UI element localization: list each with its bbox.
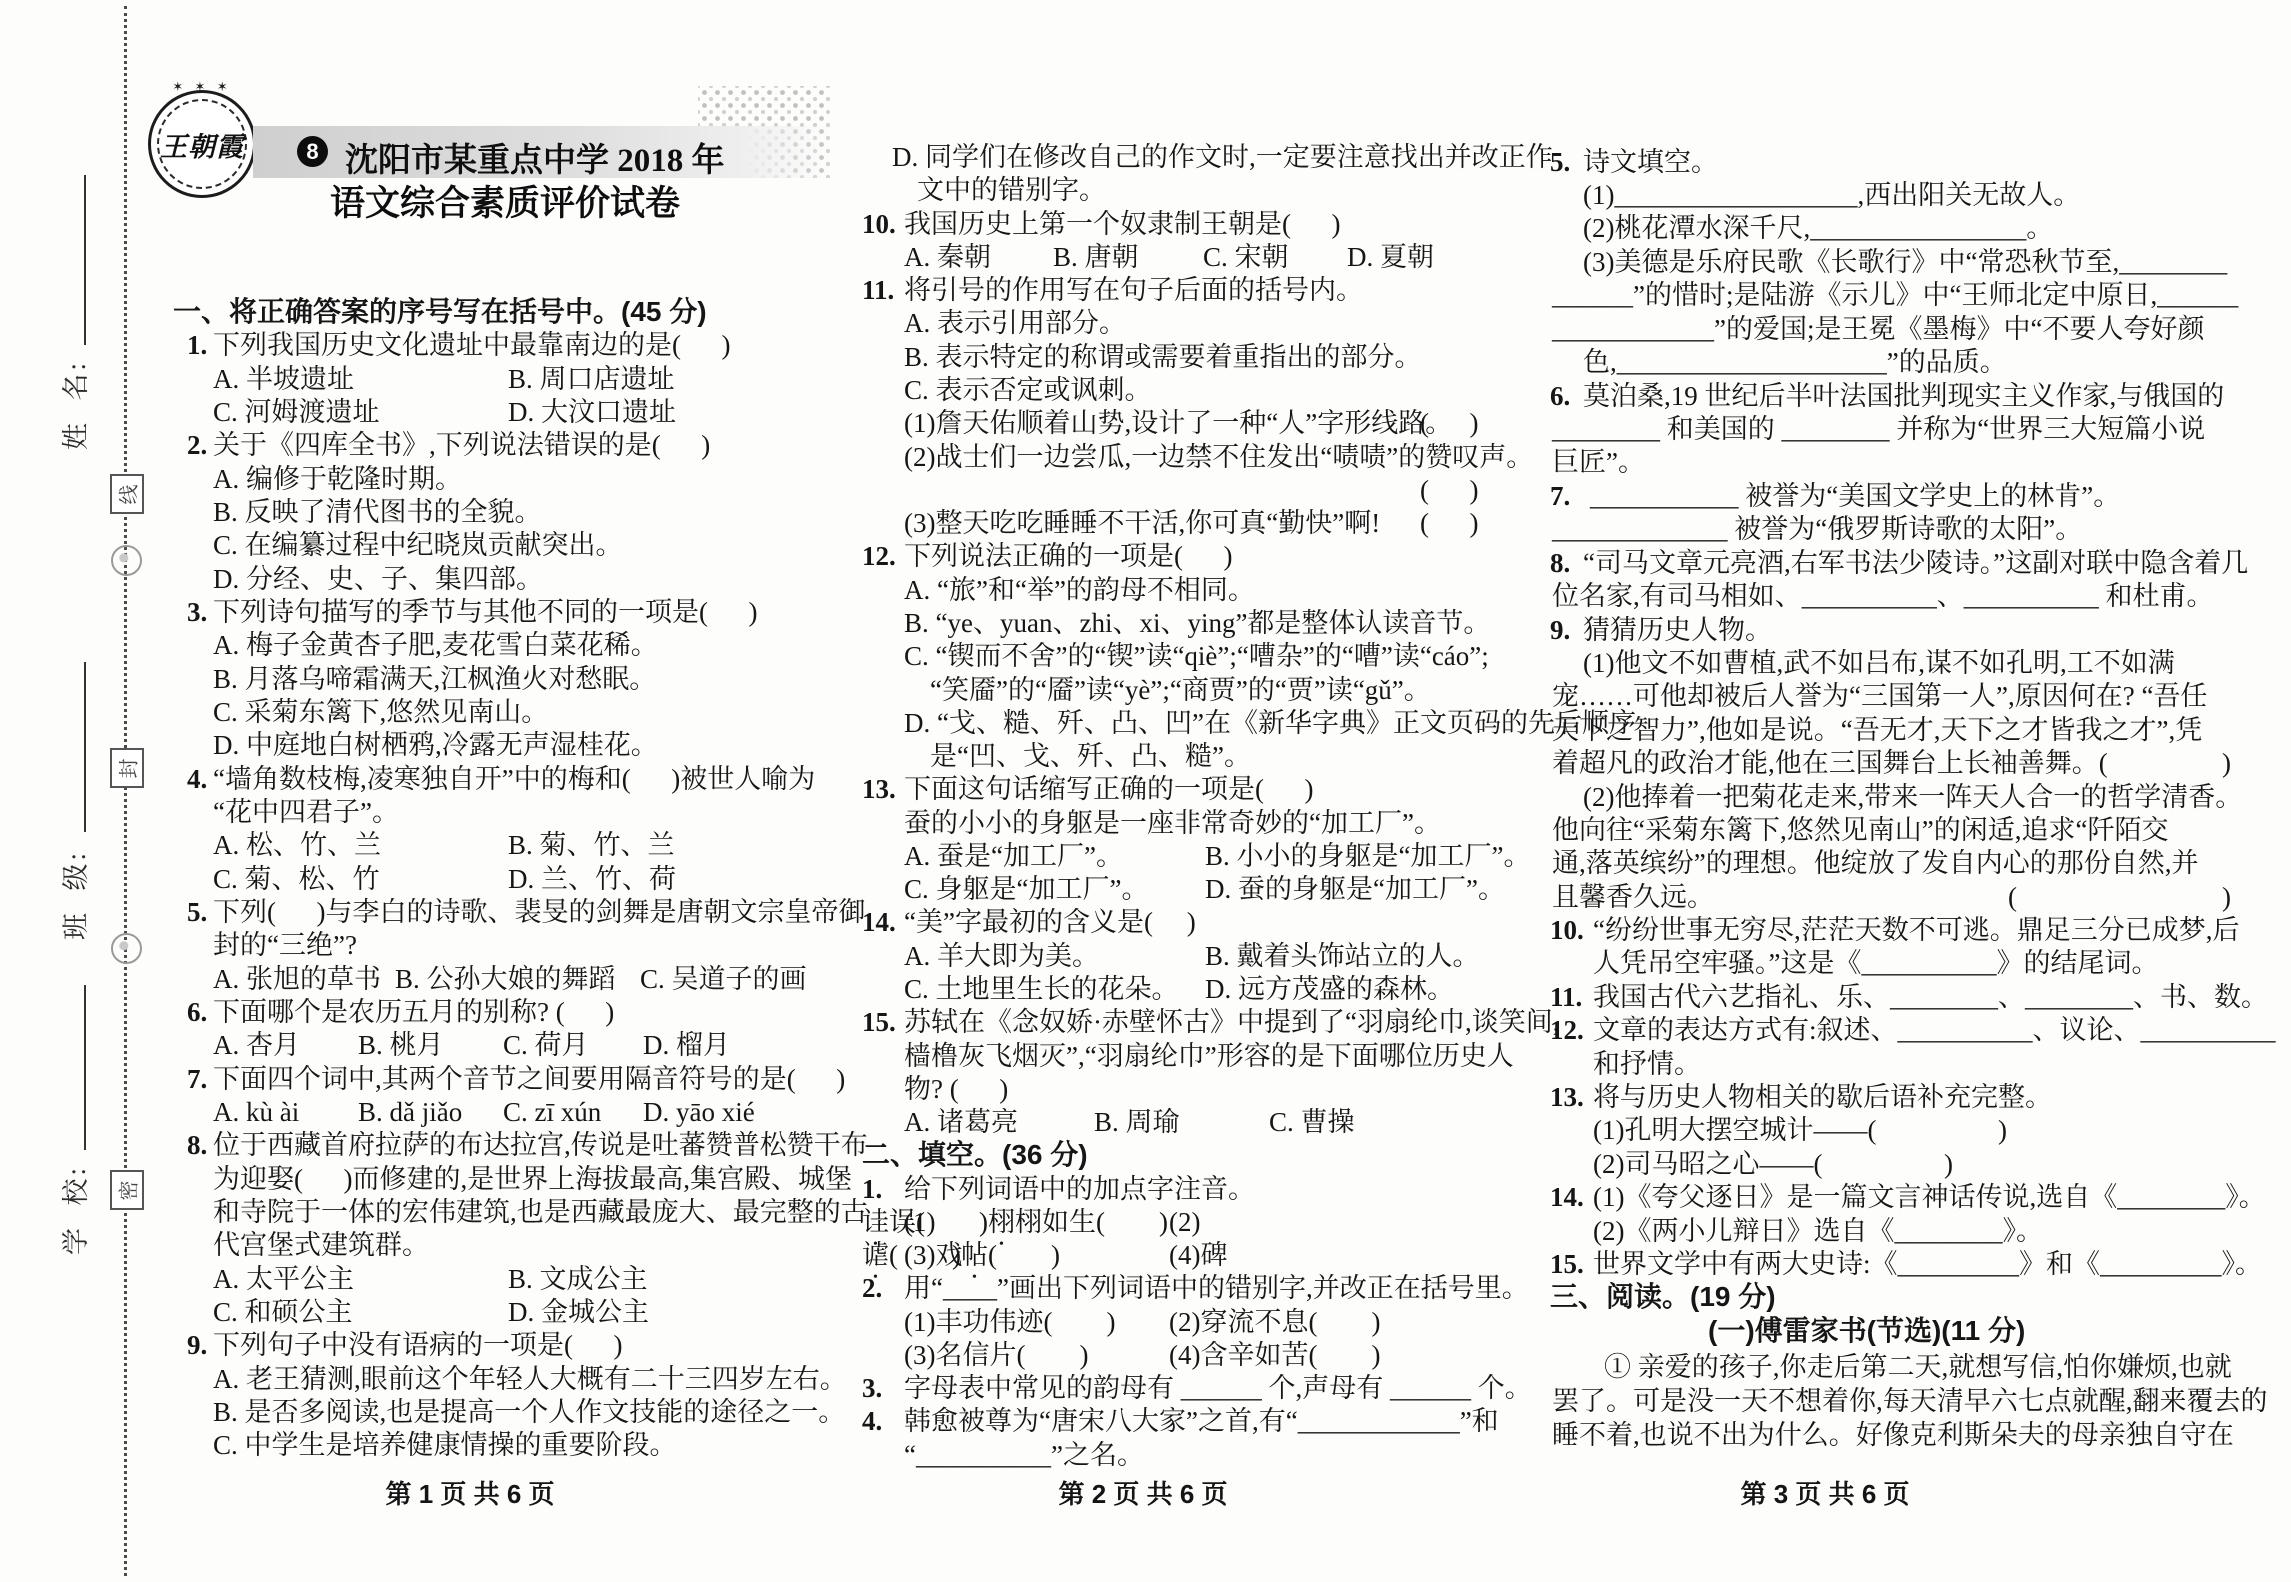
text-line: A. “旅”和“举”的韵母不相同。: [862, 573, 1517, 607]
text-line: ① 亲爱的孩子,你走后第二天,就想写信,怕你嫌烦,也就: [1550, 1350, 2240, 1384]
text-line: “__________”之名。: [862, 1438, 1517, 1472]
text-line: 着超凡的政治才能,他在三国舞台上长袖善舞。(): [1550, 746, 2240, 780]
text-line: A. 羊大即为美。B. 戴着头饰站立的人。: [862, 939, 1517, 973]
text-line: 7.___________ 被誉为“美国文学史上的林肯”。: [1550, 479, 2240, 513]
text-line: 3.下列诗句描写的季节与其他不同的一项是( ): [173, 595, 838, 629]
text-line: 9.下列句子中没有语病的一项是( ): [173, 1328, 838, 1362]
text-line: 他向往“采菊东篱下,悠然见南山”的闲适,追求“阡陌交: [1550, 813, 2240, 847]
text-line: A. 诸葛亮B. 周瑜C. 曹操: [862, 1105, 1517, 1139]
text-line: 色,____________________”的品质。: [1550, 345, 2240, 379]
text-line: (一)傅雷家书(节选)(11 分): [1550, 1314, 2240, 1348]
text-line: 1.给下列词语中的加点字注音。: [862, 1172, 1517, 1206]
text-line: B. 表示特定的称谓或需要着重指出的部分。: [862, 340, 1517, 374]
text-line: 位名家,有司马相如、__________、__________ 和杜甫。: [1550, 579, 2240, 613]
text-line: D. “戈、糙、歼、凸、凹”在《新华字典》正文页码的先后顺序: [862, 706, 1517, 740]
column-3: 5.诗文填空。(1)__________________,西出阳关无故人。(2)…: [1550, 0, 2240, 1582]
text-line: 且馨香久远。(): [1550, 880, 2240, 914]
text-line: (3)美德是乐府民歌《长歌行》中“常恐秋节至,________: [1550, 245, 2240, 279]
text-line: ________ 和美国的 ________ 并称为“世界三大短篇小说: [1550, 412, 2240, 446]
text-line: (3)名信片( )(4)含辛如苦( ): [862, 1338, 1517, 1372]
text-line: 二、填空。(36 分): [862, 1138, 1517, 1172]
column-2: D. 同学们在修改自己的作文时,一定要注意找出并改正作文中的错别字。10.我国历…: [862, 0, 1517, 1582]
text-line: A. 松、竹、兰B. 菊、竹、兰: [173, 828, 838, 862]
text-line: 7.下面四个词中,其两个音节之间要用隔音符号的是( ): [173, 1062, 838, 1096]
seal-char-mi: 密: [110, 1170, 144, 1210]
text-line: 为迎娶( )而修建的,是世界上海拔最高,集宫殿、城堡: [173, 1162, 838, 1196]
text-line: C. 中学生是培养健康情操的重要阶段。: [173, 1428, 838, 1462]
text-line: B. 月落乌啼霜满天,江枫渔火对愁眠。: [173, 662, 838, 696]
text-line: A. 表示引用部分。: [862, 306, 1517, 340]
text-line: C. 在编纂过程中纪晓岚贡献突出。: [173, 528, 838, 562]
text-line: A. 秦朝B. 唐朝C. 宋朝D. 夏朝: [862, 240, 1517, 274]
text-line: 13.下面这句话缩写正确的一项是( ): [862, 772, 1517, 806]
text-line: C. 菊、松、竹D. 兰、竹、荷: [173, 862, 838, 896]
text-line: C. 采菊东篱下,悠然见南山。: [173, 695, 838, 729]
text-line: 6.莫泊桑,19 世纪后半叶法国批判现实主义作家,与俄国的: [1550, 379, 2240, 413]
text-line: C. 和硕公主D. 金城公主: [173, 1295, 838, 1329]
text-line: 11.将引号的作用写在句子后面的括号内。: [862, 273, 1517, 307]
text-line: 文中的错别字。: [862, 173, 1517, 207]
text-line: “花中四君子”。: [173, 795, 838, 829]
text-line: 15.苏轼在《念奴娇·赤壁怀古》中提到了“羽扇纶巾,谈笑间,: [862, 1005, 1517, 1039]
page-footer-3: 第 3 页 共 6 页: [1740, 1474, 1909, 1511]
text-line: (3)戏谑( )(4)碑帖( ): [862, 1238, 1517, 1272]
text-line: D. 同学们在修改自己的作文时,一定要注意找出并改正作: [862, 140, 1517, 174]
text-line: (1)丰功伟迹( )(2)穿流不息( ): [862, 1305, 1517, 1339]
text-line: 天下之智力”,他如是说。“吾无才,天下之才皆我之才”,凭: [1550, 713, 2240, 747]
text-line: C. 身躯是“加工厂”。D. 蚕的身躯是“加工厂”。: [862, 872, 1517, 906]
text-line: 罢了。可是没一天不想着你,每天清早六七点就醒,翻来覆去的: [1550, 1384, 2240, 1418]
text-line: (3)整天吃吃睡睡不干活,你可真“勤快”啊!( ): [862, 506, 1517, 540]
school-label: 学 校:: [54, 1165, 93, 1255]
text-line: (1)诖误( )(2)栩栩如生( ): [862, 1205, 1517, 1239]
text-line: 13.将与历史人物相关的歇后语补充完整。: [1550, 1080, 2240, 1114]
text-line: (1)孔明大摆空城计——( ): [1550, 1113, 2240, 1147]
seal-char-feng: 封: [110, 748, 144, 788]
text-line: 睡不着,也说不出为什么。好像克利斯朵夫的母亲独自守在: [1550, 1418, 2240, 1452]
text-line: D. 分经、史、子、集四部。: [173, 562, 838, 596]
text-line: C. “锲而不舍”的“锲”读“qiè”;“嘈杂”的“嘈”读“cáo”;: [862, 639, 1517, 673]
text-line: A. kù àiB. dǎ jiǎoC. zī xúnD. yāo xié: [173, 1095, 838, 1129]
text-line: (1)他文不如曹植,武不如吕布,谋不如孔明,工不如满: [1550, 646, 2240, 680]
text-line: 2.关于《四库全书》,下列说法错误的是( ): [173, 428, 838, 462]
text-line: 是“凹、戈、歼、凸、糙”。: [862, 739, 1517, 773]
class-blank-line: [84, 662, 86, 832]
class-label: 班 级:: [54, 850, 93, 940]
text-line: 1.下列我国历史文化遗址中最靠南边的是( ): [173, 328, 838, 362]
text-line: A. 半坡遗址B. 周口店遗址: [173, 362, 838, 396]
page-footer-2: 第 2 页 共 6 页: [1058, 1474, 1227, 1511]
text-line: (1)__________________,西出阳关无故人。: [1550, 178, 2240, 212]
text-line: B. 是否多阅读,也是提高一个人作文技能的途径之一。: [173, 1395, 838, 1429]
text-line: D. 中庭地白树栖鸦,冷露无声湿桂花。: [173, 728, 838, 762]
text-line: 人凭吊空牢骚。”这是《__________》的结尾词。: [1550, 946, 2240, 980]
text-line: A. 老王猜测,眼前这个年轻人大概有二十三四岁左右。: [173, 1362, 838, 1396]
text-line: 3.字母表中常见的韵母有 ______ 个,声母有 ______ 个。: [862, 1371, 1517, 1405]
text-line: 8.“司马文章元亮酒,右军书法少陵诗。”这副对联中隐含着几: [1550, 546, 2240, 580]
text-line: 12.下列说法正确的一项是( ): [862, 539, 1517, 573]
seal-dashed-line: [124, 6, 127, 1576]
text-line: C. 河姆渡遗址D. 大汶口遗址: [173, 395, 838, 429]
text-line: A. 蚕是“加工厂”。B. 小小的身躯是“加工厂”。: [862, 839, 1517, 873]
text-line: 三、阅读。(19 分): [1550, 1280, 2240, 1314]
school-blank-line: [84, 985, 86, 1150]
seal-char-xian: 线: [110, 474, 144, 514]
text-line: 8.位于西藏首府拉萨的布达拉宫,传说是吐蕃赞普松赞干布: [173, 1128, 838, 1162]
text-line: 6.下面哪个是农历五月的别称? ( ): [173, 995, 838, 1029]
text-line: 宠……可他却被后人誉为“三国第一人”,原因何在? “吾任: [1550, 679, 2240, 713]
text-line: A. 梅子金黄杏子肥,麦花雪白菜花稀。: [173, 628, 838, 662]
text-line: 樯橹灰飞烟灭”,“羽扇纶巾”形容的是下面哪位历史人: [862, 1039, 1517, 1073]
text-line: 14.“美”字最初的含义是( ): [862, 905, 1517, 939]
text-line: 4.韩愈被尊为“唐宋八大家”之首,有“____________”和: [862, 1404, 1517, 1438]
text-line: 物? ( ): [862, 1072, 1517, 1106]
text-line: A. 太平公主B. 文成公主: [173, 1262, 838, 1296]
text-line: 封的“三绝”?: [173, 928, 838, 962]
page-footer-1: 第 1 页 共 6 页: [385, 1474, 554, 1511]
text-line: (2)战士们一边尝瓜,一边禁不住发出“啧啧”的赞叹声。: [862, 440, 1517, 474]
text-line: A. 杏月B. 桃月C. 荷月D. 榴月: [173, 1028, 838, 1062]
text-line: 通,落英缤纷”的理想。他绽放了发自内心的那份自然,并: [1550, 846, 2240, 880]
text-line: 14.(1)《夸父逐日》是一篇文言神话传说,选自《________》。: [1550, 1180, 2240, 1214]
text-line: ( ): [862, 473, 1517, 507]
column-1: 一、将正确答案的序号写在括号中。(45 分)1.下列我国历史文化遗址中最靠南边的…: [173, 0, 838, 1582]
text-line: (2)他捧着一把菊花走来,带来一阵天人合一的哲学清香。: [1550, 780, 2240, 814]
text-line: 9.猜猜历史人物。: [1550, 613, 2240, 647]
name-blank-line: [84, 175, 86, 345]
text-line: ______”的惜时;是陆游《示儿》中“王师北定中原日,______: [1550, 278, 2240, 312]
text-line: 和寺院于一体的宏伟建筑,也是西藏最庞大、最完整的古: [173, 1195, 838, 1229]
exam-page: 姓 名: 班 级: 学 校: 线 封 密 ✶ ✶ ✶ 王朝霞 8 沈阳市某重点中…: [0, 0, 2291, 1582]
text-line: 巨匠”。: [1550, 445, 2240, 479]
text-line: C. 表示否定或讽刺。: [862, 373, 1517, 407]
text-line: 和抒情。: [1550, 1047, 2240, 1081]
text-line: 12.文章的表达方式有:叙述、__________、议论、__________: [1550, 1013, 2240, 1047]
text-line: 5.下列( )与李白的诗歌、裴旻的剑舞是唐朝文宗皇帝御: [173, 895, 838, 929]
text-line: 代宫堡式建筑群。: [173, 1228, 838, 1262]
name-label: 姓 名:: [54, 360, 93, 450]
text-line: 蚕的小小的身躯是一座非常奇妙的“加工厂”。: [862, 806, 1517, 840]
text-line: (2)司马昭之心——( ): [1550, 1147, 2240, 1181]
text-line: 2.用“____”画出下列词语中的错别字,并改正在括号里。: [862, 1271, 1517, 1305]
text-line: _____________ 被誉为“俄罗斯诗歌的太阳”。: [1550, 512, 2240, 546]
margin-ornament-icon: [111, 933, 142, 964]
text-line: A. 张旭的草书B. 公孙大娘的舞蹈C. 吴道子的画: [173, 962, 838, 996]
text-line: 10.“纷纷世事无穷尽,茫茫天数不可逃。鼎足三分已成梦,后: [1550, 913, 2240, 947]
text-line: A. 编修于乾隆时期。: [173, 462, 838, 496]
margin-ornament-icon: [111, 545, 142, 576]
text-line: (1)詹天佑顺着山势,设计了一种“人”字形线路。( ): [862, 406, 1517, 440]
text-line: 10.我国历史上第一个奴隶制王朝是( ): [862, 207, 1517, 241]
text-line: 15.世界文学中有两大史诗:《_________》和《_________》。: [1550, 1247, 2240, 1281]
text-line: 5.诗文填空。: [1550, 145, 2240, 179]
text-line: C. 土地里生长的花朵。D. 远方茂盛的森林。: [862, 972, 1517, 1006]
text-line: 一、将正确答案的序号写在括号中。(45 分): [173, 295, 838, 329]
text-line: (2)《两小儿辩日》选自《________》。: [1550, 1214, 2240, 1248]
text-line: B. “ye、yuan、zhi、xi、ying”都是整体认读音节。: [862, 606, 1517, 640]
text-line: B. 反映了清代图书的全貌。: [173, 495, 838, 529]
text-line: “笑靥”的“靥”读“yè”;“商贾”的“贾”读“gǔ”。: [862, 673, 1517, 707]
text-line: (2)桃花潭水深千尺,________________。: [1550, 211, 2240, 245]
text-line: 4.“墙角数枝梅,凌寒独自开”中的梅和( )被世人喻为: [173, 762, 838, 796]
text-line: ____________”的爱国;是王冕《墨梅》中“不要人夸好颜: [1550, 312, 2240, 346]
text-line: 11.我国古代六艺指礼、乐、________、________、书、数。: [1550, 980, 2240, 1014]
